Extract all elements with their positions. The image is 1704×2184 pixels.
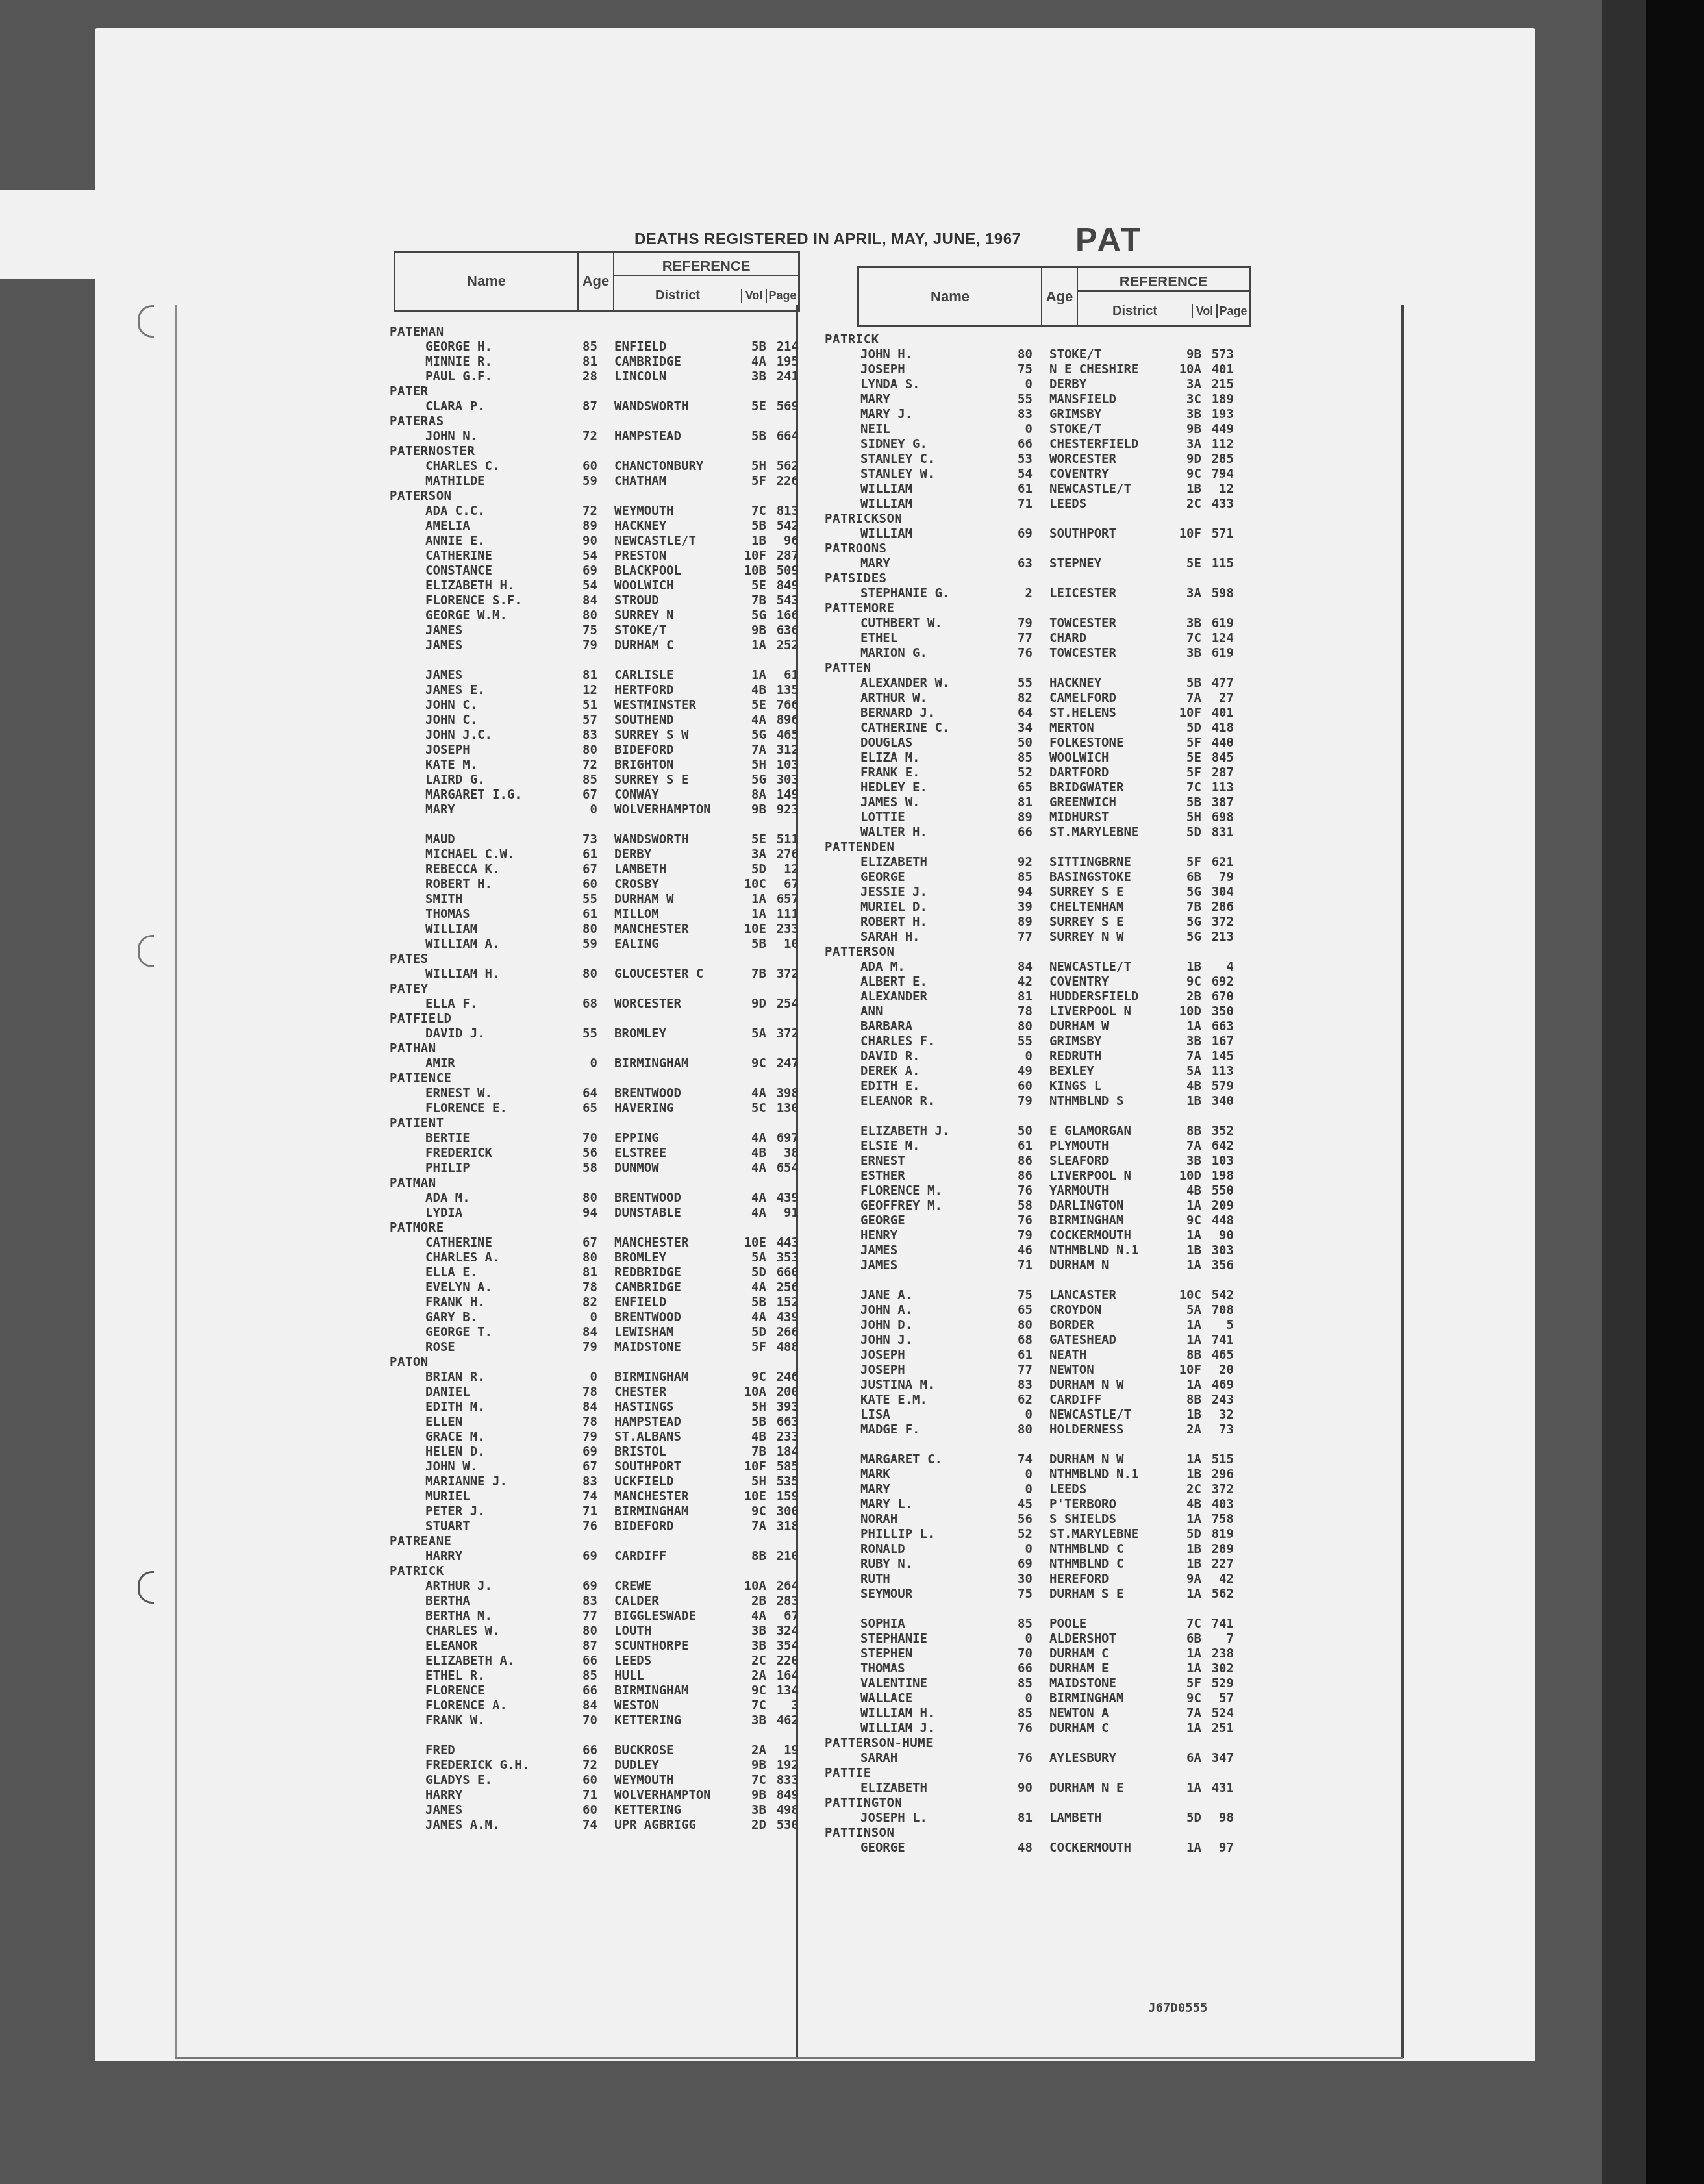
left-margin-rule <box>175 305 177 2058</box>
register-entry: HENRY79COCKERMOUTH1A90 <box>825 1228 1247 1243</box>
register-entry: STANLEY W.54COVENTRY9C794 <box>825 467 1247 482</box>
entry-age: 78 <box>565 1280 597 1295</box>
entry-vol: 3B <box>1169 1154 1201 1169</box>
entry-vol: 1B <box>1169 1094 1201 1109</box>
entry-given-name: JOHN N. <box>390 429 565 444</box>
entry-vol: 5A <box>734 1026 766 1041</box>
entry-vol: 9C <box>1169 1691 1201 1706</box>
entry-page: 209 <box>1201 1198 1234 1213</box>
entry-page: 449 <box>1201 422 1234 437</box>
entry-page: 164 <box>766 1669 799 1683</box>
entry-vol: 1A <box>1169 1587 1201 1602</box>
block-spacer <box>390 653 805 668</box>
register-entry: STEPHEN70DURHAM C1A238 <box>825 1646 1247 1661</box>
entry-page: 398 <box>766 1086 799 1101</box>
register-entry: FLORENCE A.84WESTON7C3 <box>390 1698 805 1713</box>
register-entry: SOPHIA85POOLE7C741 <box>825 1617 1247 1632</box>
entry-district: CHESTERFIELD <box>1033 437 1169 452</box>
entry-age: 61 <box>1000 1139 1033 1154</box>
entry-given-name: ELEANOR <box>390 1639 565 1654</box>
entry-district: BIDEFORD <box>597 743 734 758</box>
register-entry: ELIZABETH H.54WOOLWICH5E849 <box>390 578 805 593</box>
entry-age: 80 <box>1000 1422 1033 1437</box>
entry-given-name: CHARLES F. <box>825 1034 1000 1049</box>
register-entry: BERTHA M.77BIGGLESWADE4A67 <box>390 1609 805 1624</box>
register-entry: BRIAN R.0BIRMINGHAM9C246 <box>390 1370 805 1385</box>
entry-page: 130 <box>766 1101 799 1116</box>
entry-age: 60 <box>565 877 597 892</box>
entry-vol: 1A <box>734 892 766 907</box>
entry-district: MAIDSTONE <box>597 1340 734 1355</box>
entry-district: TOWCESTER <box>1033 646 1169 661</box>
entry-page: 214 <box>766 340 799 354</box>
entry-vol: 9D <box>734 997 766 1011</box>
entry-district: BRENTWOOD <box>597 1086 734 1101</box>
bottom-rule <box>175 2057 1403 2059</box>
entry-district: PRESTON <box>597 549 734 564</box>
entry-vol: 3B <box>1169 1034 1201 1049</box>
entry-age: 76 <box>1000 1213 1033 1228</box>
entry-age: 76 <box>1000 646 1033 661</box>
entry-given-name: ROBERT H. <box>390 877 565 892</box>
entry-given-name: JOHN W. <box>390 1459 565 1474</box>
entry-district: STOKE/T <box>1033 422 1169 437</box>
entry-vol: 7A <box>1169 1139 1201 1154</box>
entry-district: DURHAM E <box>1033 1661 1169 1676</box>
entry-district: E GLAMORGAN <box>1033 1124 1169 1139</box>
column-header-left: Name Age REFERENCE District Vol Page <box>394 251 800 312</box>
register-entry: WALLACE0BIRMINGHAM9C57 <box>825 1691 1247 1706</box>
entry-district: ENFIELD <box>597 1295 734 1310</box>
entry-vol: 1B <box>1169 1542 1201 1557</box>
register-entry: BERNARD J.64ST.HELENS10F401 <box>825 706 1247 721</box>
entry-given-name: WALTER H. <box>825 825 1000 840</box>
entry-page: 923 <box>766 802 799 817</box>
entry-given-name: ANNIE E. <box>390 534 565 549</box>
entry-district: EALING <box>597 937 734 952</box>
register-entry: LOTTIE89MIDHURST5H698 <box>825 810 1247 825</box>
entry-given-name: DEREK A. <box>825 1064 1000 1079</box>
entry-vol: 8B <box>1169 1124 1201 1139</box>
entry-district: CHELTENHAM <box>1033 900 1169 915</box>
entry-page: 233 <box>766 922 799 937</box>
entry-vol: 4B <box>734 1430 766 1445</box>
entry-district: BIRMINGHAM <box>1033 1213 1169 1228</box>
entry-age: 80 <box>565 1624 597 1639</box>
entry-age: 66 <box>1000 1661 1033 1676</box>
entry-age: 83 <box>565 1594 597 1609</box>
register-entry: JAMES71DURHAM N1A356 <box>825 1258 1247 1273</box>
register-entry: SEYMOUR75DURHAM S E1A562 <box>825 1587 1247 1602</box>
entry-district: DARLINGTON <box>1033 1198 1169 1213</box>
entry-age: 48 <box>1000 1841 1033 1855</box>
entry-district: DERBY <box>597 847 734 862</box>
entry-district: BIGGLESWADE <box>597 1609 734 1624</box>
entry-age: 55 <box>565 892 597 907</box>
entry-given-name: LOTTIE <box>825 810 1000 825</box>
register-entry: MARIANNE J.83UCKFIELD5H535 <box>390 1474 805 1489</box>
entry-age: 89 <box>1000 915 1033 930</box>
entry-vol: 1A <box>734 668 766 683</box>
entry-age: 72 <box>565 429 597 444</box>
entry-page: 289 <box>1201 1542 1234 1557</box>
entry-given-name: JAMES <box>390 668 565 683</box>
entry-age: 79 <box>565 1430 597 1445</box>
entry-vol: 10A <box>734 1579 766 1594</box>
entry-vol: 5B <box>734 429 766 444</box>
entry-vol: 3B <box>1169 646 1201 661</box>
entry-vol: 5E <box>734 399 766 414</box>
surname-heading: PATON <box>390 1355 805 1370</box>
entry-page: 571 <box>1201 527 1234 541</box>
entry-district: HERTFORD <box>597 683 734 698</box>
register-entry: BERTHA83CALDER2B283 <box>390 1594 805 1609</box>
entry-given-name: KATE E.M. <box>825 1393 1000 1408</box>
entry-given-name: BERTHA M. <box>390 1609 565 1624</box>
register-entry: REBECCA K.67LAMBETH5D12 <box>390 862 805 877</box>
entry-given-name: JOHN C. <box>390 713 565 728</box>
entry-page: 660 <box>766 1265 799 1280</box>
entry-page: 511 <box>766 832 799 847</box>
register-entry: ERNEST W.64BRENTWOOD4A398 <box>390 1086 805 1101</box>
entry-given-name: SIDNEY G. <box>825 437 1000 452</box>
header-reference-title: REFERENCE <box>614 258 798 276</box>
register-entry: AMIR0BIRMINGHAM9C247 <box>390 1056 805 1071</box>
entry-district: COCKERMOUTH <box>1033 1228 1169 1243</box>
entry-vol: 2C <box>1169 1482 1201 1497</box>
register-entry: DANIEL78CHESTER10A200 <box>390 1385 805 1400</box>
entry-given-name: FLORENCE A. <box>390 1698 565 1713</box>
entry-age: 55 <box>1000 676 1033 691</box>
entry-district: BROMLEY <box>597 1026 734 1041</box>
entry-age: 0 <box>1000 1691 1033 1706</box>
entry-page: 287 <box>1201 765 1234 780</box>
entry-age: 87 <box>565 399 597 414</box>
entry-district: S SHIELDS <box>1033 1512 1169 1527</box>
surname-heading: PATERNOSTER <box>390 444 805 459</box>
entry-given-name: ARTHUR W. <box>825 691 1000 706</box>
entry-district: NEWCASTLE/T <box>1033 482 1169 497</box>
entry-district: SOUTHPORT <box>597 1459 734 1474</box>
register-entry: MADGE F.80HOLDERNESS2A73 <box>825 1422 1247 1437</box>
register-entry: HARRY69CARDIFF8B210 <box>390 1549 805 1564</box>
entry-page: 254 <box>766 997 799 1011</box>
entry-district: CAMBRIDGE <box>597 1280 734 1295</box>
entry-age: 80 <box>565 743 597 758</box>
entry-vol: 8B <box>1169 1393 1201 1408</box>
entry-given-name: JAMES <box>390 1803 565 1818</box>
entry-vol: 5D <box>1169 721 1201 736</box>
entry-given-name: HENRY <box>825 1228 1000 1243</box>
entry-vol: 1A <box>1169 1318 1201 1333</box>
entry-given-name: ELSIE M. <box>825 1139 1000 1154</box>
entry-age: 49 <box>1000 1064 1033 1079</box>
entry-given-name: JOSEPH <box>825 362 1000 377</box>
entry-vol: 4A <box>734 1310 766 1325</box>
entry-page: 448 <box>1201 1213 1234 1228</box>
register-entry: ETHEL R.85HULL2A164 <box>390 1669 805 1683</box>
entry-vol: 7B <box>1169 900 1201 915</box>
entry-page: 347 <box>1201 1751 1234 1766</box>
register-entry: CATHERINE C.34MERTON5D418 <box>825 721 1247 736</box>
entry-age: 76 <box>1000 1184 1033 1198</box>
entry-page: 621 <box>1201 855 1234 870</box>
register-entry: MARY63STEPNEY5E115 <box>825 556 1247 571</box>
entry-district: CAMBRIDGE <box>597 354 734 369</box>
entry-vol: 5G <box>1169 885 1201 900</box>
entry-district: DURHAM N W <box>1033 1452 1169 1467</box>
entry-page: 4 <box>1201 960 1234 974</box>
register-entry: ELIZA M.85WOOLWICH5E845 <box>825 751 1247 765</box>
register-entry: EVELYN A.78CAMBRIDGE4A256 <box>390 1280 805 1295</box>
entry-page: 550 <box>1201 1184 1234 1198</box>
entry-age: 85 <box>1000 1617 1033 1632</box>
entry-vol: 10F <box>734 549 766 564</box>
entry-vol: 5D <box>1169 1811 1201 1826</box>
entry-age: 84 <box>565 593 597 608</box>
surname-heading: PATIENT <box>390 1116 805 1131</box>
entry-age: 67 <box>565 1459 597 1474</box>
header-age: Age <box>577 253 613 310</box>
entry-age: 83 <box>1000 1378 1033 1393</box>
entry-given-name: LYDIA <box>390 1206 565 1221</box>
entry-vol: 5A <box>734 1250 766 1265</box>
register-entry: WILLIAM80MANCHESTER10E233 <box>390 922 805 937</box>
entry-page: 252 <box>766 638 799 653</box>
entry-district: DURHAM C <box>1033 1721 1169 1736</box>
background-strip <box>0 190 95 279</box>
register-entry: VALENTINE85MAIDSTONE5F529 <box>825 1676 1247 1691</box>
header-district: District <box>614 288 741 303</box>
entry-district: NTHMBLND S <box>1033 1094 1169 1109</box>
entry-district: REDRUTH <box>1033 1049 1169 1064</box>
entry-district: LIVERPOOL N <box>1033 1169 1169 1184</box>
entry-given-name: CATHERINE <box>390 549 565 564</box>
entry-district: BLACKPOOL <box>597 564 734 578</box>
entry-age: 86 <box>1000 1154 1033 1169</box>
entry-page: 312 <box>766 743 799 758</box>
entry-age: 80 <box>1000 1318 1033 1333</box>
register-entry: ADA M.84NEWCASTLE/T1B4 <box>825 960 1247 974</box>
entry-vol: 5B <box>734 340 766 354</box>
entry-given-name: ERNEST <box>825 1154 1000 1169</box>
surname-heading: PATHAN <box>390 1041 805 1056</box>
entry-given-name: JUSTINA M. <box>825 1378 1000 1393</box>
entry-district: LIVERPOOL N <box>1033 1004 1169 1019</box>
entry-given-name: WILLIAM <box>390 922 565 937</box>
entry-page: 372 <box>766 967 799 982</box>
entry-vol: 5H <box>734 1474 766 1489</box>
register-entry: JAMES W.81GREENWICH5B387 <box>825 795 1247 810</box>
entry-vol: 1B <box>1169 1557 1201 1572</box>
entry-vol: 3A <box>734 847 766 862</box>
entry-page: 32 <box>1201 1408 1234 1422</box>
entry-page: 213 <box>1201 930 1234 945</box>
register-entry: ALBERT E.42COVENTRY9C692 <box>825 974 1247 989</box>
entry-age: 67 <box>565 862 597 877</box>
entry-age: 58 <box>565 1161 597 1176</box>
entry-vol: 7A <box>1169 1706 1201 1721</box>
entry-given-name: FRANK E. <box>825 765 1000 780</box>
entry-vol: 10D <box>1169 1169 1201 1184</box>
entry-page: 67 <box>766 877 799 892</box>
register-entry: JAMES46NTHMBLND N.11B303 <box>825 1243 1247 1258</box>
entry-age: 69 <box>565 1549 597 1564</box>
entry-vol: 5D <box>734 862 766 877</box>
entry-age: 53 <box>1000 452 1033 467</box>
entry-age: 72 <box>565 758 597 773</box>
entry-vol: 5G <box>734 773 766 788</box>
entry-age: 78 <box>565 1385 597 1400</box>
entry-vol: 10B <box>734 564 766 578</box>
entry-given-name: JOHN C. <box>390 698 565 713</box>
entry-page: 698 <box>1201 810 1234 825</box>
entry-page: 535 <box>766 1474 799 1489</box>
entry-age: 28 <box>565 369 597 384</box>
entry-given-name: JAMES <box>825 1258 1000 1273</box>
entry-district: MANCHESTER <box>597 922 734 937</box>
surname-heading: PATTEN <box>825 661 1247 676</box>
entry-vol: 2A <box>734 1743 766 1758</box>
entry-district: MAIDSTONE <box>1033 1676 1169 1691</box>
entry-page: 498 <box>766 1803 799 1818</box>
entry-vol: 7A <box>734 743 766 758</box>
entry-given-name: CATHERINE <box>390 1235 565 1250</box>
entry-age: 80 <box>565 608 597 623</box>
entry-age: 63 <box>1000 556 1033 571</box>
entry-vol: 5B <box>734 519 766 534</box>
entry-given-name: EDITH E. <box>825 1079 1000 1094</box>
surname-heading: PATER <box>390 384 805 399</box>
entry-given-name: HARRY <box>390 1788 565 1803</box>
register-entry: WILLIAM69SOUTHPORT10F571 <box>825 527 1247 541</box>
entry-page: 113 <box>1201 1064 1234 1079</box>
entry-page: 5 <box>1201 1318 1234 1333</box>
entry-district: TOWCESTER <box>1033 616 1169 631</box>
entry-age: 59 <box>565 937 597 952</box>
entry-page: 10 <box>766 937 799 952</box>
entry-vol: 10A <box>734 1385 766 1400</box>
entry-age: 77 <box>565 1609 597 1624</box>
entry-district: MIDHURST <box>1033 810 1169 825</box>
entry-district: LAMBETH <box>597 862 734 877</box>
header-vol: Vol <box>741 289 766 303</box>
entry-vol: 5C <box>734 1101 766 1116</box>
register-entry: MARY J.83GRIMSBY3B193 <box>825 407 1247 422</box>
entry-page: 372 <box>766 1026 799 1041</box>
surname-heading: PATTINSON <box>825 1826 1247 1841</box>
entry-age: 75 <box>1000 1288 1033 1303</box>
entry-vol: 5D <box>734 1325 766 1340</box>
entry-district: BRIGHTON <box>597 758 734 773</box>
entry-age: 71 <box>1000 497 1033 512</box>
entry-vol: 9C <box>1169 974 1201 989</box>
entry-vol: 5B <box>734 1415 766 1430</box>
entry-district: MANCHESTER <box>597 1489 734 1504</box>
surname-heading: PATTERSON <box>825 945 1247 960</box>
entry-given-name: BERNARD J. <box>825 706 1000 721</box>
header-reference: REFERENCE District Vol Page <box>1077 268 1249 325</box>
entry-given-name: GLADYS E. <box>390 1773 565 1788</box>
block-spacer <box>390 817 805 832</box>
register-entry: CATHERINE67MANCHESTER10E443 <box>390 1235 805 1250</box>
entry-vol: 3B <box>1169 407 1201 422</box>
entry-district: HASTINGS <box>597 1400 734 1415</box>
entry-district: LAMBETH <box>1033 1811 1169 1826</box>
entry-age: 75 <box>565 623 597 638</box>
entry-district: CALDER <box>597 1594 734 1609</box>
entry-given-name: STUART <box>390 1519 565 1534</box>
entry-district: WORCESTER <box>1033 452 1169 467</box>
entry-page: 515 <box>1201 1452 1234 1467</box>
entry-age: 70 <box>565 1131 597 1146</box>
entry-page: 393 <box>766 1400 799 1415</box>
entry-given-name: PHILLIP L. <box>825 1527 1000 1542</box>
entry-given-name: CATHERINE C. <box>825 721 1000 736</box>
entry-given-name: WILLIAM A. <box>390 937 565 952</box>
entry-age: 0 <box>1000 1049 1033 1064</box>
entry-vol: 2C <box>1169 497 1201 512</box>
entry-given-name: SEYMOUR <box>825 1587 1000 1602</box>
register-entry: JOHN D.80BORDER1A5 <box>825 1318 1247 1333</box>
register-entry: FLORENCE66BIRMINGHAM9C134 <box>390 1683 805 1698</box>
register-entry: NEIL0STOKE/T9B449 <box>825 422 1247 437</box>
register-entry: ANN78LIVERPOOL N10D350 <box>825 1004 1247 1019</box>
entry-district: STEPNEY <box>1033 556 1169 571</box>
entry-age: 67 <box>565 788 597 802</box>
entry-vol: 9C <box>734 1504 766 1519</box>
entry-given-name: JAMES W. <box>825 795 1000 810</box>
entry-age: 30 <box>1000 1572 1033 1587</box>
register-entry: MARGARET C.74DURHAM N W1A515 <box>825 1452 1247 1467</box>
entry-vol: 10D <box>1169 1004 1201 1019</box>
entry-given-name: WILLIAM H. <box>390 967 565 982</box>
entry-district: BIRMINGHAM <box>597 1683 734 1698</box>
entry-page: 227 <box>1201 1557 1234 1572</box>
entry-age: 79 <box>565 1340 597 1355</box>
entry-age: 66 <box>565 1683 597 1698</box>
entry-page: 98 <box>1201 1811 1234 1826</box>
entry-page: 573 <box>1201 347 1234 362</box>
register-entry: WILLIAM71LEEDS2C433 <box>825 497 1247 512</box>
entry-vol: 8B <box>1169 1348 1201 1363</box>
entry-age: 66 <box>1000 825 1033 840</box>
entry-vol: 5B <box>734 937 766 952</box>
entry-age: 92 <box>1000 855 1033 870</box>
entry-district: BIRMINGHAM <box>597 1504 734 1519</box>
entry-age: 69 <box>1000 527 1033 541</box>
entry-age: 56 <box>565 1146 597 1161</box>
register-entry: EDITH E.60KINGS L4B579 <box>825 1079 1247 1094</box>
entry-district: LANCASTER <box>1033 1288 1169 1303</box>
register-entry: GEORGE T.84LEWISHAM5D266 <box>390 1325 805 1340</box>
entry-given-name: ETHEL <box>825 631 1000 646</box>
entry-district: CAMELFORD <box>1033 691 1169 706</box>
entry-vol: 2A <box>734 1669 766 1683</box>
entry-vol: 5D <box>1169 1527 1201 1542</box>
entry-age: 85 <box>565 773 597 788</box>
entry-page: 264 <box>766 1579 799 1594</box>
entry-page: 579 <box>1201 1079 1234 1094</box>
entry-age: 0 <box>1000 1467 1033 1482</box>
register-entry: PHILLIP L.52ST.MARYLEBNE5D819 <box>825 1527 1247 1542</box>
entry-vol: 6B <box>1169 1632 1201 1646</box>
entry-given-name: ELLA F. <box>390 997 565 1011</box>
entry-given-name: MARGARET C. <box>825 1452 1000 1467</box>
register-entry: WILLIAM H.85NEWTON A7A524 <box>825 1706 1247 1721</box>
entry-age: 81 <box>565 668 597 683</box>
entry-page: 340 <box>1201 1094 1234 1109</box>
